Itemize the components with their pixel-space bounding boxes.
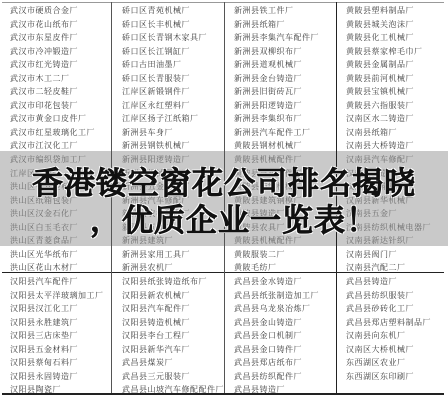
table-cell: 武昌县煤炭厂	[112, 356, 224, 370]
table-cell: 新洲县金台铸造厂	[224, 72, 336, 86]
table-cell: 江岸区扬子江纸箱厂	[112, 112, 224, 126]
table-cell: 汉阳县汽车配件厂	[112, 302, 224, 316]
table-cell: 新洲县钢铁机械厂	[112, 139, 224, 153]
table-cell: 武汉市印花包装厂	[0, 99, 112, 113]
table-cell: 汉南县阀门厂	[336, 248, 448, 262]
table-cell: 黄陂县宝镇机械厂	[336, 85, 448, 99]
table-cell: 黄陂县化工机械厂	[336, 31, 448, 45]
table-cell: 汉阳县陶瓷厂	[0, 383, 112, 397]
table-cell: 武汉市红光铸造厂	[0, 58, 112, 72]
table-cell: 汉阳县太平洋玻璃加工厂	[0, 289, 112, 303]
table-cell: 汉南县汽配二厂	[336, 261, 448, 275]
table-cell: 新洲县李集汽车配件厂	[224, 31, 336, 45]
table-column-3-lower: 武昌县金水铸造厂 武昌县纸张制造加工厂 武昌县乌龙泉冶炼厂 武昌县金山铸造厂 武…	[224, 275, 336, 397]
table-cell: 武昌县郑店塑料制品厂	[336, 316, 448, 330]
table-cell: 汉阳县新农机械厂	[112, 289, 224, 303]
table-cell: 汉阳县纸张铸造纸布厂	[112, 275, 224, 289]
table-cell: 新洲县车身厂	[112, 126, 224, 140]
table-cell: 武汉市东星皮件厂	[0, 31, 112, 45]
table-cell: 武昌县乌龙泉冶炼厂	[224, 302, 336, 316]
table-cell: 武昌县铸造厂	[336, 275, 448, 289]
table-cell: 黄陂县六指服装厂	[336, 99, 448, 113]
table-cell: 黄陂县前河机械厂	[336, 72, 448, 86]
table-cell: 武昌县纸张制造加工厂	[224, 289, 336, 303]
table-cell: 武汉市江汉化工厂	[0, 139, 112, 153]
table-cell: 武昌县三元服装厂	[112, 370, 224, 384]
table-cell: 硚口古田油墨厂	[112, 58, 224, 72]
table-cell: 新洲县农机厂	[112, 261, 224, 275]
table-cell: 武昌县纺织配件厂	[224, 370, 336, 384]
table-cell: 黄陂县机械配件厂	[224, 153, 336, 167]
table-cell: 汉阳县新华汽车厂	[112, 343, 224, 357]
table-cell: 汉南县向东机厂	[336, 329, 448, 343]
table-cell: 武汉市木工二厂	[0, 72, 112, 86]
table-cell: 硚口区长青钢木家具厂	[112, 31, 224, 45]
table-cell: 江岸区新锻钢件厂	[112, 85, 224, 99]
table-cell: 黄陂服装二厂	[224, 248, 336, 262]
table-cell: 汉阳县永固铸造厂	[0, 370, 112, 384]
table-cell: 黄陂县城关泡沫厂	[336, 18, 448, 32]
table-cell: 武昌县铸造厂	[224, 383, 336, 397]
table-cell: 武昌县纺织服装厂	[336, 289, 448, 303]
table-cell: 黄陂县蔡家榨毛巾厂	[336, 45, 448, 59]
table-cell: 黄陂县钢材机械厂	[224, 139, 336, 153]
table-cell: 武汉市编织袋加工厂	[0, 153, 112, 167]
table-cell: 新洲县家用工具厂	[112, 248, 224, 262]
table-cell: 武昌县金口铸件厂	[224, 343, 336, 357]
table-cell: 硚口区长江钢缸厂	[112, 45, 224, 59]
table-cell: 汉南县大桥铸造厂	[336, 139, 448, 153]
table-cell: 硚口区青苑机械厂	[112, 4, 224, 18]
table-cell: 武汉市红星玻璃化工厂	[0, 126, 112, 140]
table-cell: 黄陂县金属制品厂	[336, 58, 448, 72]
table-cell: 硚口区长青服装厂	[112, 72, 224, 86]
table-cell: 武昌县金水铸造厂	[224, 275, 336, 289]
table-cell: 汉阳县永胜建筑厂	[0, 316, 112, 330]
table-cell: 汉阳县铸造机械厂	[112, 316, 224, 330]
table-cell: 新洲县旧街砖瓦厂	[224, 85, 336, 99]
table-cell: 汉阳县蔡甸石料厂	[0, 356, 112, 370]
table-cell: 洪山区花山木材厂	[0, 261, 112, 275]
headline-line-1: 香港镂空窗花公司排名揭晓	[0, 166, 448, 202]
table-cell: 洪山区光华纸布厂	[0, 248, 112, 262]
table-cell: 黄陂县塑料制品厂	[336, 4, 448, 18]
table-cell: 汉南区大桥机械厂	[336, 343, 448, 357]
table-cell: 武昌县金口机制厂	[224, 329, 336, 343]
table-column-1-lower: 汉阳县汽车配件厂 汉阳县太平洋玻璃加工厂 汉阳县汉江化工厂 汉阳县永胜建筑厂 汉…	[0, 275, 112, 397]
table-cell: 硚口区长丰机械厂	[112, 18, 224, 32]
table-cell: 江岸区永红塑料厂	[112, 99, 224, 113]
headline-line-2: ，优质企业一览表！	[10, 203, 448, 239]
table-cell: 武昌县金山铸造厂	[224, 316, 336, 330]
table-top-rule	[2, 2, 444, 3]
table-cell: 汉阳县汽车配件厂	[0, 275, 112, 289]
table-cell: 新洲县李集织布厂	[224, 112, 336, 126]
table-cell: 汉阳县五金材料厂	[0, 343, 112, 357]
table-cell: 新洲县纸箱厂	[224, 18, 336, 32]
table-cell: 武汉市冷冲锻造厂	[0, 45, 112, 59]
table-cell: 汉阳县汉江化工厂	[0, 302, 112, 316]
table-cell: 汉南县汽车修配厂	[336, 153, 448, 167]
table-cell: 新洲县道观机械厂	[224, 58, 336, 72]
table-cell: 武汉市硬质合金厂	[0, 4, 112, 18]
table-cell: 武汉市二轻皮鞋厂	[0, 85, 112, 99]
table-cell: 武昌县郑店纸布厂	[224, 356, 336, 370]
table-cell: 新洲县双柳织布厂	[224, 45, 336, 59]
table-cell: 新洲县阳逻铸造厂	[112, 153, 224, 167]
table-cell: 汉南区水二铸造厂	[336, 112, 448, 126]
table-cell: 新洲县铁工件厂	[224, 4, 336, 18]
table-cell: 黄陂毛纺厂	[224, 261, 336, 275]
table-column-4-lower: 武昌县铸造厂 武昌县纺织服装厂 武昌县砂砖化工厂 武昌县郑店塑料制品厂 汉南县向…	[336, 275, 448, 383]
table-cell: 武昌县山坡汽车修配配件厂	[112, 383, 224, 397]
table-cell: 新洲县阳逻铸造厂	[224, 99, 336, 113]
table-column-2-lower: 汉阳县纸张铸造纸布厂 汉阳县新农机械厂 汉阳县汽车配件厂 汉阳县铸造机械厂 汉阳…	[112, 275, 224, 397]
table-cell: 汉阳县三店床垫厂	[0, 329, 112, 343]
table-cell: 东西湖区东印刷厂	[336, 370, 448, 384]
table-cell: 武汉市花山纸布厂	[0, 18, 112, 32]
table-cell: 武汉市黄金口皮件厂	[0, 112, 112, 126]
table-cell: 东西湖区农业厂	[336, 356, 448, 370]
table-cell: 汉阳县李台工程厂	[112, 329, 224, 343]
table-cell: 武昌县砂砖化工厂	[336, 302, 448, 316]
table-cell: 汉南县纸箱厂	[336, 126, 448, 140]
table-cell: 新洲县汽车配件工厂	[224, 126, 336, 140]
